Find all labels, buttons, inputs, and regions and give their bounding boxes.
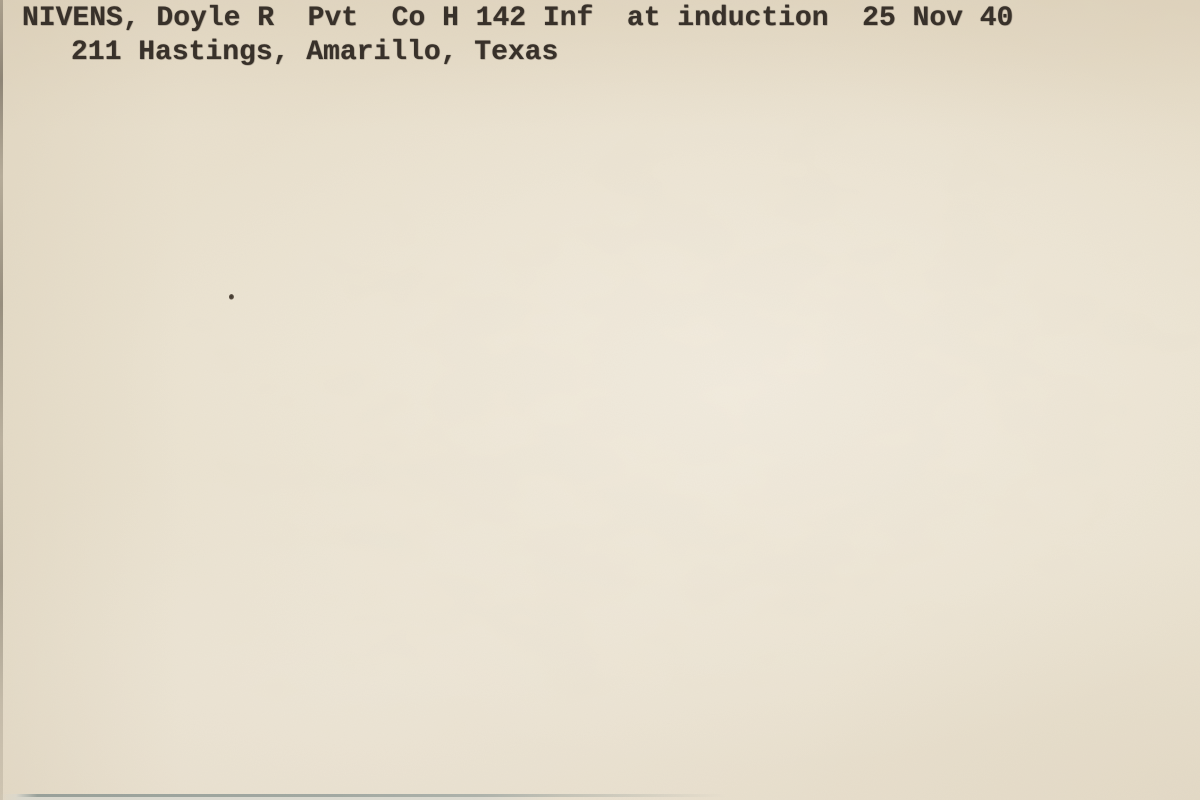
typed-line-identity: NIVENS, Doyle R Pvt Co H 142 Inf at indu… (22, 3, 1013, 34)
vignette-overlay (0, 0, 1200, 800)
typed-line-address: 211 Hastings, Amarillo, Texas (71, 37, 558, 68)
paper-shade-bottom-right (780, 540, 1200, 800)
paper-grain-texture (0, 0, 1200, 800)
scan-edge-left (0, 0, 3, 800)
scan-edge-bottom-line (16, 794, 726, 797)
paper-shade-left (0, 0, 180, 800)
index-card: NIVENS, Doyle R Pvt Co H 142 Inf at indu… (0, 0, 1200, 800)
ink-speck (229, 294, 234, 300)
